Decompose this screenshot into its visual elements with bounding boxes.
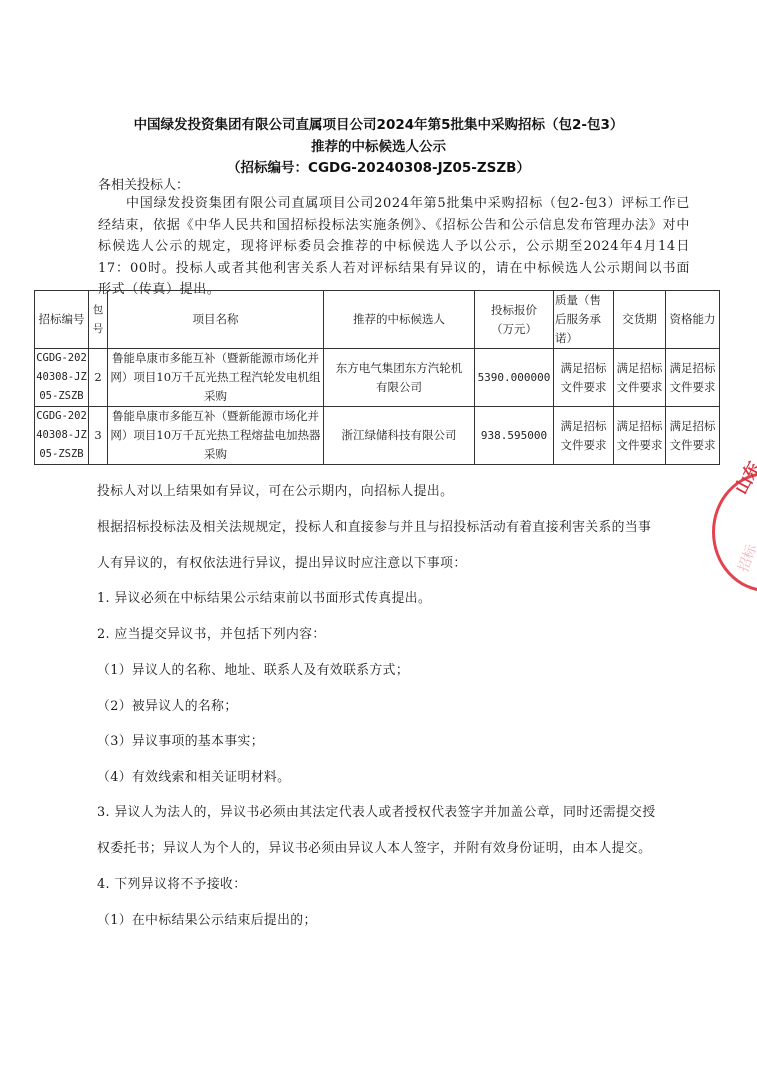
- notice-item-3: 3. 异议人为法人的，异议书必须由其法定代表人或者授权代表签字并加盖公章，同时还…: [97, 801, 656, 820]
- cell-package: 3: [89, 407, 108, 465]
- table-header-row: 招标编号 包号 项目名称 推荐的中标候选人 投标报价（万元） 质量（售后服务承诺…: [35, 291, 720, 349]
- header-delivery: 交货期: [614, 291, 666, 349]
- header-candidate: 推荐的中标候选人: [324, 291, 475, 349]
- objection-paragraph-2: 根据招标投标法及相关法规规定，投标人和直接参与并且与招投标活动有着直接利害关系的…: [97, 516, 651, 535]
- table-row: CGDG-20240308-JZ05-ZSZB 3 鲁能阜康市多能互补（暨新能源…: [35, 407, 720, 465]
- cell-delivery: 满足招标文件要求: [614, 349, 666, 407]
- notice-item-3-cont: 权委托书；异议人为个人的，异议书必须由异议人本人签字，并附有效身份证明，由本人提…: [97, 837, 651, 856]
- cell-bid-price: 938.595000: [475, 407, 554, 465]
- cell-bid-price: 5390.000000: [475, 349, 554, 407]
- tender-number: （招标编号：CGDG-20240308-JZ05-ZSZB）: [0, 156, 757, 176]
- objection-paragraph-2-cont: 人有异议的，有权依法进行异议，提出异议时应注意以下事项：: [97, 552, 467, 571]
- salutation: 各相关投标人：: [98, 174, 189, 193]
- header-qualification: 资格能力: [666, 291, 720, 349]
- cell-package: 2: [89, 349, 108, 407]
- header-package: 包号: [89, 291, 108, 349]
- cell-candidate: 东方电气集团东方汽轮机有限公司: [324, 349, 475, 407]
- header-tender-code: 招标编号: [35, 291, 89, 349]
- notice-item-2-4: （4）有效线索和相关证明材料。: [97, 766, 290, 785]
- candidate-table: 招标编号 包号 项目名称 推荐的中标候选人 投标报价（万元） 质量（售后服务承诺…: [34, 290, 720, 465]
- document-subtitle: 推荐的中标候选人公示: [0, 135, 757, 155]
- header-quality: 质量（售后服务承诺）: [554, 291, 614, 349]
- cell-tender-code: CGDG-20240308-JZ05-ZSZB: [35, 349, 89, 407]
- cell-qualification: 满足招标文件要求: [666, 349, 720, 407]
- cell-delivery: 满足招标文件要求: [614, 407, 666, 465]
- notice-item-1: 1. 异议必须在中标结果公示结束前以书面形式传真提出。: [97, 587, 431, 606]
- header-project-name: 项目名称: [108, 291, 324, 349]
- notice-item-4: 4. 下列异议将不予接收：: [97, 873, 246, 892]
- document-page: 中国绿发投资集团有限公司直属项目公司2024年第5批集中采购招标（包2-包3） …: [0, 0, 757, 1080]
- intro-paragraph: 中国绿发投资集团有限公司直属项目公司2024年第5批集中采购招标（包2-包3）评…: [98, 193, 690, 301]
- cell-project-name: 鲁能阜康市多能互补（暨新能源市场化并网）项目10万千瓦光热工程汽轮发电机组采购: [108, 349, 324, 407]
- table-row: CGDG-20240308-JZ05-ZSZB 2 鲁能阜康市多能互补（暨新能源…: [35, 349, 720, 407]
- notice-item-2: 2. 应当提交异议书，并包括下列内容：: [97, 623, 326, 642]
- objection-paragraph-1: 投标人对以上结果如有异议，可在公示期内，向招标人提出。: [97, 480, 453, 499]
- cell-quality: 满足招标文件要求: [554, 407, 614, 465]
- cell-qualification: 满足招标文件要求: [666, 407, 720, 465]
- notice-item-2-1: （1）异议人的名称、地址、联系人及有效联系方式；: [97, 659, 409, 678]
- notice-item-4-1: （1）在中标结果公示结束后提出的；: [97, 909, 317, 928]
- cell-quality: 满足招标文件要求: [554, 349, 614, 407]
- cell-project-name: 鲁能阜康市多能互补（暨新能源市场化并网）项目10万千瓦光热工程熔盐电加热器采购: [108, 407, 324, 465]
- document-title: 中国绿发投资集团有限公司直属项目公司2024年第5批集中采购招标（包2-包3）: [0, 113, 757, 133]
- header-bid-price: 投标报价（万元）: [475, 291, 554, 349]
- notice-item-2-3: （3）异议事项的基本事实；: [97, 730, 264, 749]
- notice-item-2-2: （2）被异议人的名称；: [97, 695, 238, 714]
- cell-tender-code: CGDG-20240308-JZ05-ZSZB: [35, 407, 89, 465]
- cell-candidate: 浙江绿储科技有限公司: [324, 407, 475, 465]
